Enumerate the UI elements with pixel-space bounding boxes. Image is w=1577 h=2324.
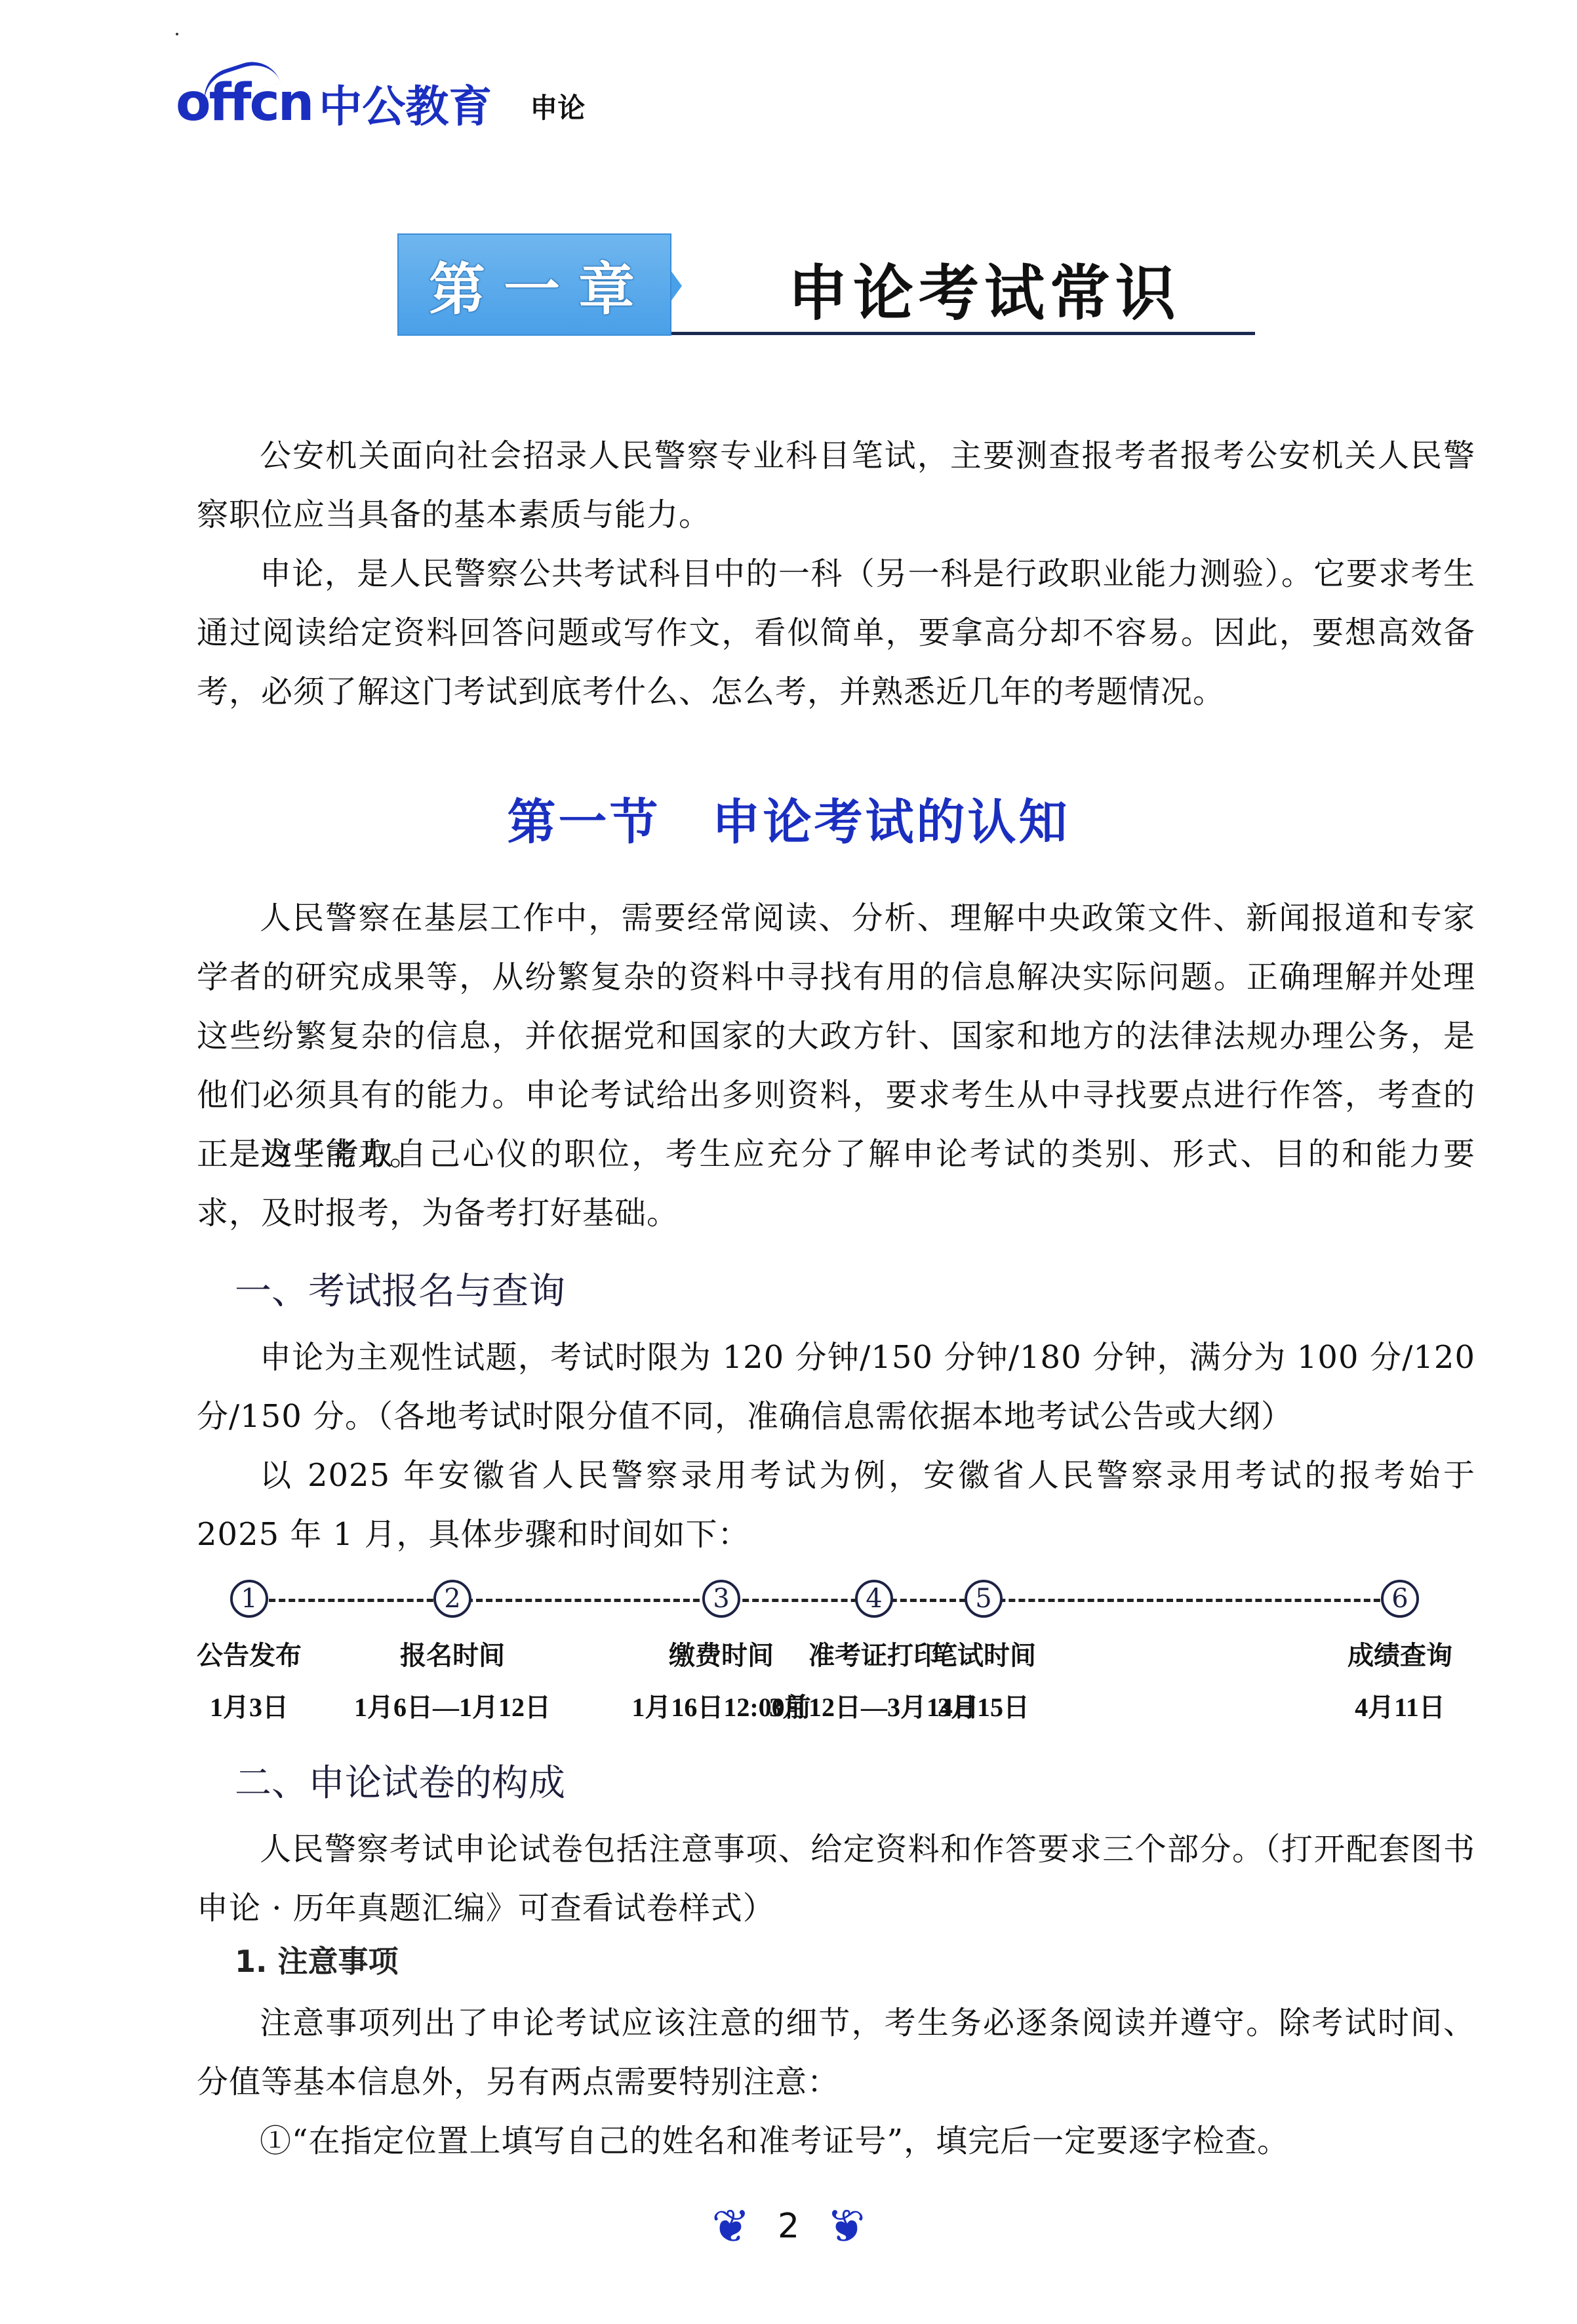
timeline-step: 1 公告发布 1月3日 xyxy=(144,1571,354,1724)
registration-timeline: 1 公告发布 1月3日 2 报名时间 1月6日—1月12日 3 缴费时间 1月1… xyxy=(164,1571,1488,1728)
part1-paragraph-1: 申论为主观性试题，考试时限为 120 分钟/150 分钟/180 分钟，满分为 … xyxy=(197,1328,1475,1446)
step-date: 1月6日—1月12日 xyxy=(348,1687,557,1724)
timeline-step: 2 报名时间 1月6日—1月12日 xyxy=(348,1571,557,1724)
laurel-left-icon: ❦ xyxy=(711,2203,750,2249)
step-number-circle: 2 xyxy=(433,1580,471,1618)
intro-paragraph-1: 公安机关面向社会招录人民警察专业科目笔试，主要测查报考者报考公安机关人民警察职位… xyxy=(197,426,1475,544)
page-header: offcn 中公教育 申论 xyxy=(176,63,585,129)
section-title: 第一节 申论考试的认知 xyxy=(0,784,1577,853)
step-date: 3月15日 xyxy=(879,1687,1088,1724)
laurel-right-icon: ❦ xyxy=(827,2203,866,2249)
logo-cn-text: 中公教育 xyxy=(319,85,492,129)
step-label: 笔试时间 xyxy=(879,1635,1088,1672)
section-paragraph-2: 为了考取自己心仪的职位，考生应充分了解申论考试的类别、形式、目的和能力要求，及时… xyxy=(197,1125,1475,1243)
notice-paragraph-2: ①“在指定位置上填写自己的姓名和准考证号”，填完后一定要逐字检查。 xyxy=(197,2112,1475,2171)
step-label: 成绩查询 xyxy=(1295,1635,1505,1672)
header-subject: 申论 xyxy=(530,87,585,126)
part2-heading: 二、申论试卷的构成 xyxy=(235,1754,565,1807)
scan-dot xyxy=(176,33,178,35)
chapter-arrow-icon xyxy=(671,271,682,300)
chapter-title: 申论考试常识 xyxy=(788,245,1181,332)
brand-logo: offcn xyxy=(176,77,312,129)
step-number-circle: 5 xyxy=(965,1580,1003,1618)
step-label: 报名时间 xyxy=(348,1635,557,1672)
step-number-circle: 3 xyxy=(702,1580,740,1618)
timeline-step: 6 成绩查询 4月11日 xyxy=(1295,1571,1505,1724)
part1-paragraph-2: 以 2025 年安徽省人民警察录用考试为例，安徽省人民警察录用考试的报考始于 2… xyxy=(197,1446,1475,1564)
part2-paragraph-1: 人民警察考试申论试卷包括注意事项、给定资料和作答要求三个部分。（打开配套图书申论… xyxy=(197,1820,1475,1938)
timeline-step: 5 笔试时间 3月15日 xyxy=(879,1571,1088,1724)
chapter-label: 第一章 xyxy=(429,244,653,325)
step-date: 4月11日 xyxy=(1295,1687,1505,1724)
page-number: 2 xyxy=(778,2207,799,2246)
chapter-label-box: 第一章 xyxy=(397,233,671,336)
page-footer: ❦ 2 ❦ xyxy=(0,2203,1577,2249)
step-number-circle: 6 xyxy=(1381,1580,1419,1618)
step-number-circle: 1 xyxy=(230,1580,268,1618)
step-date: 1月3日 xyxy=(144,1687,354,1724)
notice-paragraph-1: 注意事项列出了申论考试应该注意的细节，考生务必逐条阅读并遵守。除考试时间、分值等… xyxy=(197,1993,1475,2112)
step-label: 公告发布 xyxy=(144,1635,354,1672)
notice-subheading: 1. 注意事项 xyxy=(235,1938,399,1981)
chapter-banner: 第一章 申论考试常识 xyxy=(397,233,1256,338)
chapter-underline xyxy=(671,332,1255,335)
intro-paragraph-2: 申论，是人民警察公共考试科目中的一科（另一科是行政职业能力测验）。它要求考生通过… xyxy=(197,544,1475,721)
part1-heading: 一、考试报名与查询 xyxy=(235,1262,565,1315)
